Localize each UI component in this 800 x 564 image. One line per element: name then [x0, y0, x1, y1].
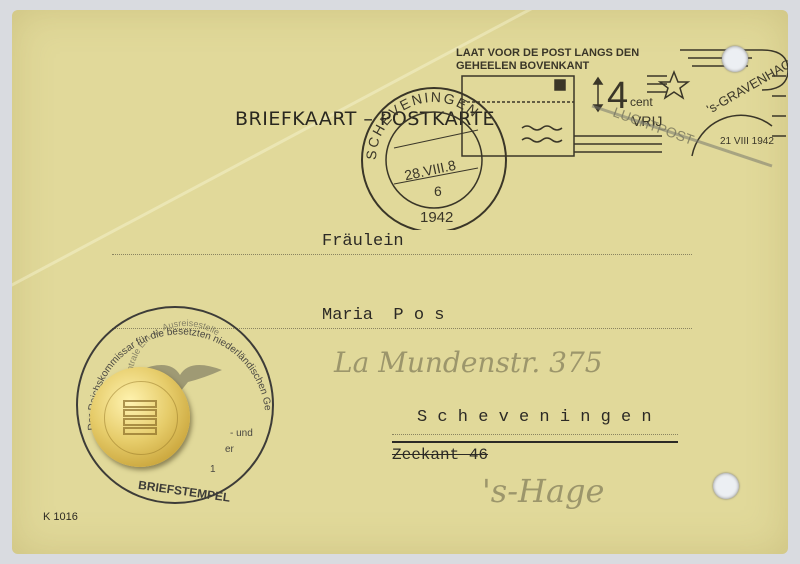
- handwritten-street: La Mundenstr. 375: [334, 346, 603, 379]
- postmark-year: 1942: [420, 209, 453, 226]
- postmark-number: 6: [434, 183, 442, 199]
- old-street-struck: Zeekant 46: [392, 446, 488, 464]
- slogan-line-1: LAAT VOOR DE POST LANGS DEN: [456, 47, 639, 59]
- gold-coin: [90, 367, 190, 467]
- handwritten-city: 's-Hage: [482, 472, 604, 510]
- postmark-date: 28.VIII.8: [403, 157, 458, 184]
- censor-partial-1: - und: [230, 428, 253, 439]
- slogan: LAAT VOOR DE POST LANGS DEN GEHEELEN BOV…: [456, 47, 639, 72]
- censor-partial-2: er: [225, 444, 235, 455]
- coin-gate-icon: [120, 397, 160, 437]
- salutation: Fräulein: [322, 232, 404, 251]
- form-code: K 1016: [43, 511, 78, 523]
- slogan-line-2: GEHEELEN BOVENKANT: [456, 60, 590, 72]
- postmark: SCHEVENINGEN 28.VIII.8 6 1942: [354, 80, 514, 230]
- cancel-date: 21 VIII 1942: [720, 136, 774, 147]
- address-line-3: [392, 434, 678, 435]
- postage-unit: cent: [630, 95, 653, 109]
- underline: [392, 441, 678, 443]
- punch-hole-top: [722, 46, 748, 72]
- recipient-name: Maria P o s: [322, 306, 444, 325]
- postmark-city-ring: SCHEVENINGEN: [363, 89, 483, 161]
- postcard: BRIEFKAART – POSTKARTE LAAT VOOR DE POST…: [12, 10, 788, 554]
- address-line-1: [112, 254, 692, 255]
- censor-partial-3: 1: [210, 464, 216, 475]
- destination-city: S c h e v e n i n g e n: [417, 408, 652, 427]
- punch-hole-bottom: [713, 473, 739, 499]
